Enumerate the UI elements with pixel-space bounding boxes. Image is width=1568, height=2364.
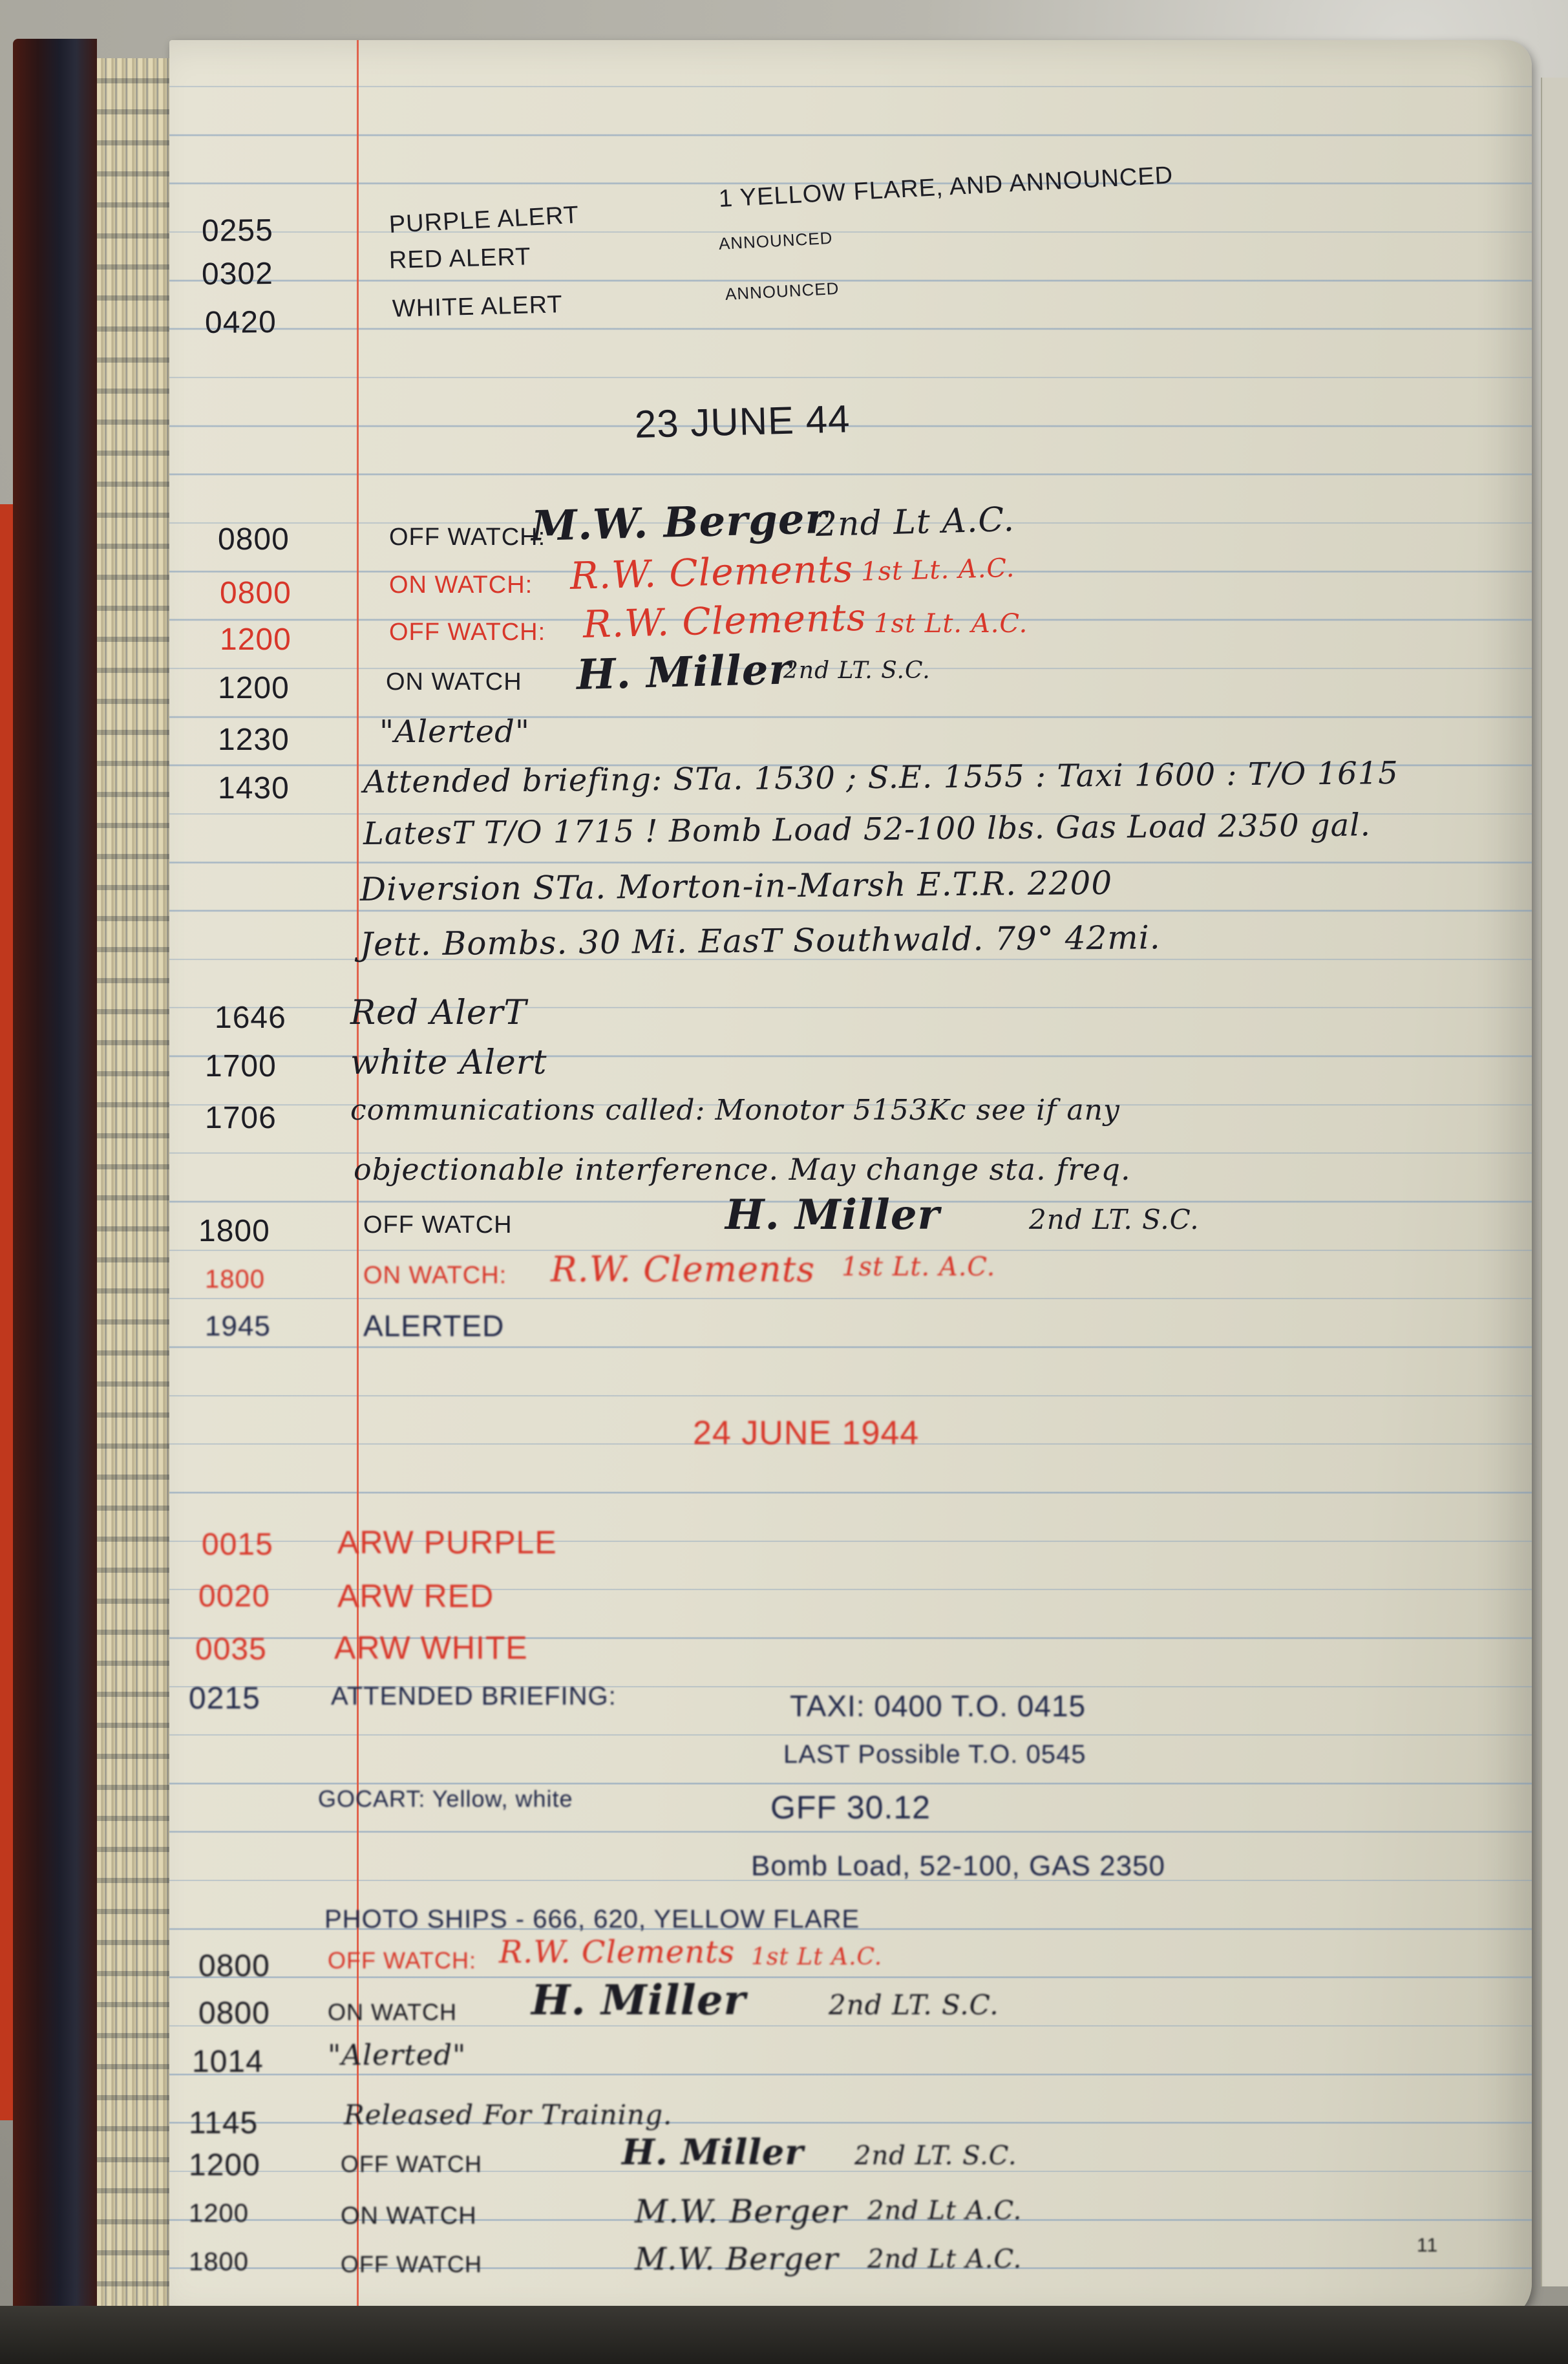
rank: 2nd LT. S.C. — [829, 1989, 999, 2021]
entry-label: ALERTED — [363, 1308, 504, 1343]
entry-time: 0015 — [202, 1527, 273, 1562]
signature: H. Miller — [576, 645, 792, 699]
signature: H. Miller — [725, 1191, 940, 1239]
signature: M.W. Berger — [635, 2241, 839, 2277]
entry-label: objectionable interference. May change s… — [354, 1152, 1131, 1187]
facing-page-edge — [1541, 78, 1568, 2286]
entry-label: Bomb Load, 52-100, GAS 2350 — [751, 1850, 1165, 1882]
entry-label: OFF WATCH: — [389, 524, 546, 551]
entry-label: ON WATCH — [386, 668, 522, 696]
table-shadow — [0, 2306, 1568, 2364]
entry-time: 1800 — [205, 1265, 265, 1294]
entry-time: 1230 — [218, 722, 290, 758]
entry-label: ARW WHITE — [334, 1629, 528, 1667]
cover-red-stripe — [0, 504, 13, 2120]
entry-time: 1014 — [192, 2044, 264, 2080]
rank: 2nd Lt A.C. — [815, 500, 1015, 544]
rank: 2nd Lt A.C. — [867, 2196, 1022, 2226]
entry-label: PHOTO SHIPS - 666, 620, YELLOW FLARE — [324, 1905, 860, 1934]
entry-time: 1945 — [205, 1310, 271, 1343]
entry-time: 1200 — [189, 2147, 260, 2183]
entry-label: ARW PURPLE — [337, 1524, 557, 1561]
entry-time: 0800 — [220, 575, 291, 611]
entry-text: WHITE ALERT — [392, 291, 563, 323]
entry-time: 1200 — [189, 2199, 249, 2228]
signature: M.W. Berger — [635, 2193, 847, 2230]
entry-label: ON WATCH — [341, 2202, 477, 2230]
entry-time: 0800 — [218, 522, 290, 557]
signature: R.W. Clements — [569, 547, 854, 598]
entry-label: OFF WATCH — [363, 1211, 513, 1239]
entry-label: OFF WATCH: — [389, 619, 546, 646]
rank: 1st Lt. A.C. — [842, 1252, 995, 1282]
entry-time: 1706 — [205, 1100, 277, 1136]
entry-label: Released For Training. — [344, 2099, 672, 2131]
entry-time: 0302 — [202, 256, 273, 292]
entry-time: 0800 — [198, 1996, 270, 2031]
entry-label: Jett. Bombs. 30 Mi. EasT Southwald. 79° … — [360, 919, 1161, 963]
entry-time: 1430 — [218, 771, 290, 806]
signature: R.W. Clements — [551, 1249, 815, 1290]
date-heading: 24 JUNE 1944 — [693, 1414, 919, 1453]
entry-time: 1200 — [218, 670, 290, 706]
entry-label: OFF WATCH: — [328, 1947, 476, 1974]
signature: R.W. Clements — [499, 1934, 735, 1970]
entry-time: 0800 — [198, 1948, 270, 1984]
rank: 2nd Lt A.C. — [867, 2244, 1022, 2274]
entry-label: GOCART: Yellow, white — [318, 1785, 573, 1813]
entry-text: RED ALERT — [388, 243, 531, 275]
rank: 1st Lt. A.C. — [860, 553, 1015, 587]
entry-label: ON WATCH: — [363, 1262, 507, 1290]
rank: 2nd LT. S.C. — [783, 657, 931, 684]
entry-label: "Alerted" — [328, 2039, 466, 2072]
entry-label: white Alert — [350, 1043, 547, 1082]
date-heading: 23 JUNE 44 — [634, 396, 851, 447]
entry-time: 0255 — [202, 213, 273, 249]
signature: R.W. Clements — [582, 595, 867, 646]
signature: H. Miller — [622, 2131, 804, 2173]
signature: M.W. Berger — [531, 495, 828, 551]
signature: H. Miller — [531, 1976, 746, 2025]
entry-label: ARW RED — [337, 1577, 494, 1615]
page-number: 11 — [1417, 2235, 1438, 2257]
rank: 1st Lt. A.C. — [874, 609, 1028, 639]
log-page: 0255 PURPLE ALERT 1 YELLOW FLARE, AND AN… — [169, 40, 1532, 2322]
entry-label: OFF WATCH — [341, 2151, 482, 2178]
entry-label: LAST Possible T.O. 0545 — [783, 1740, 1086, 1769]
entry-time: 1800 — [198, 1213, 270, 1249]
book-cover — [13, 39, 97, 2325]
entry-label: Diversion STa. Morton-in-Marsh E.T.R. 22… — [360, 864, 1113, 908]
entry-time: 1200 — [220, 622, 291, 657]
entry-label: Red AlerT — [350, 994, 527, 1032]
entry-time: 1145 — [189, 2105, 258, 2141]
entry-label: ON WATCH — [328, 1999, 457, 2026]
entry-time: 0420 — [205, 304, 277, 341]
entry-label: communications called: Monotor 5153Kc se… — [350, 1094, 1120, 1127]
entry-label: OFF WATCH — [341, 2251, 482, 2278]
page-edges — [97, 58, 175, 2312]
entry-time: 0020 — [198, 1579, 270, 1614]
entry-time: 0215 — [189, 1681, 260, 1716]
entry-time: 1700 — [205, 1049, 277, 1084]
rank: 1st Lt A.C. — [751, 1944, 882, 1970]
entry-label: TAXI: 0400 T.O. 0415 — [790, 1688, 1086, 1723]
entry-label: GFF 30.12 — [770, 1789, 931, 1826]
entry-time: 0035 — [195, 1632, 267, 1667]
entry-label: ON WATCH: — [389, 571, 533, 599]
rank: 2nd LT. S.C. — [854, 2141, 1017, 2171]
entry-label: "Alerted" — [379, 714, 530, 750]
entry-time: 1646 — [215, 1000, 286, 1036]
rank: 2nd LT. S.C. — [1029, 1204, 1200, 1235]
entry-label: ATTENDED BRIEFING: — [331, 1682, 617, 1711]
entry-time: 1800 — [189, 2248, 249, 2277]
